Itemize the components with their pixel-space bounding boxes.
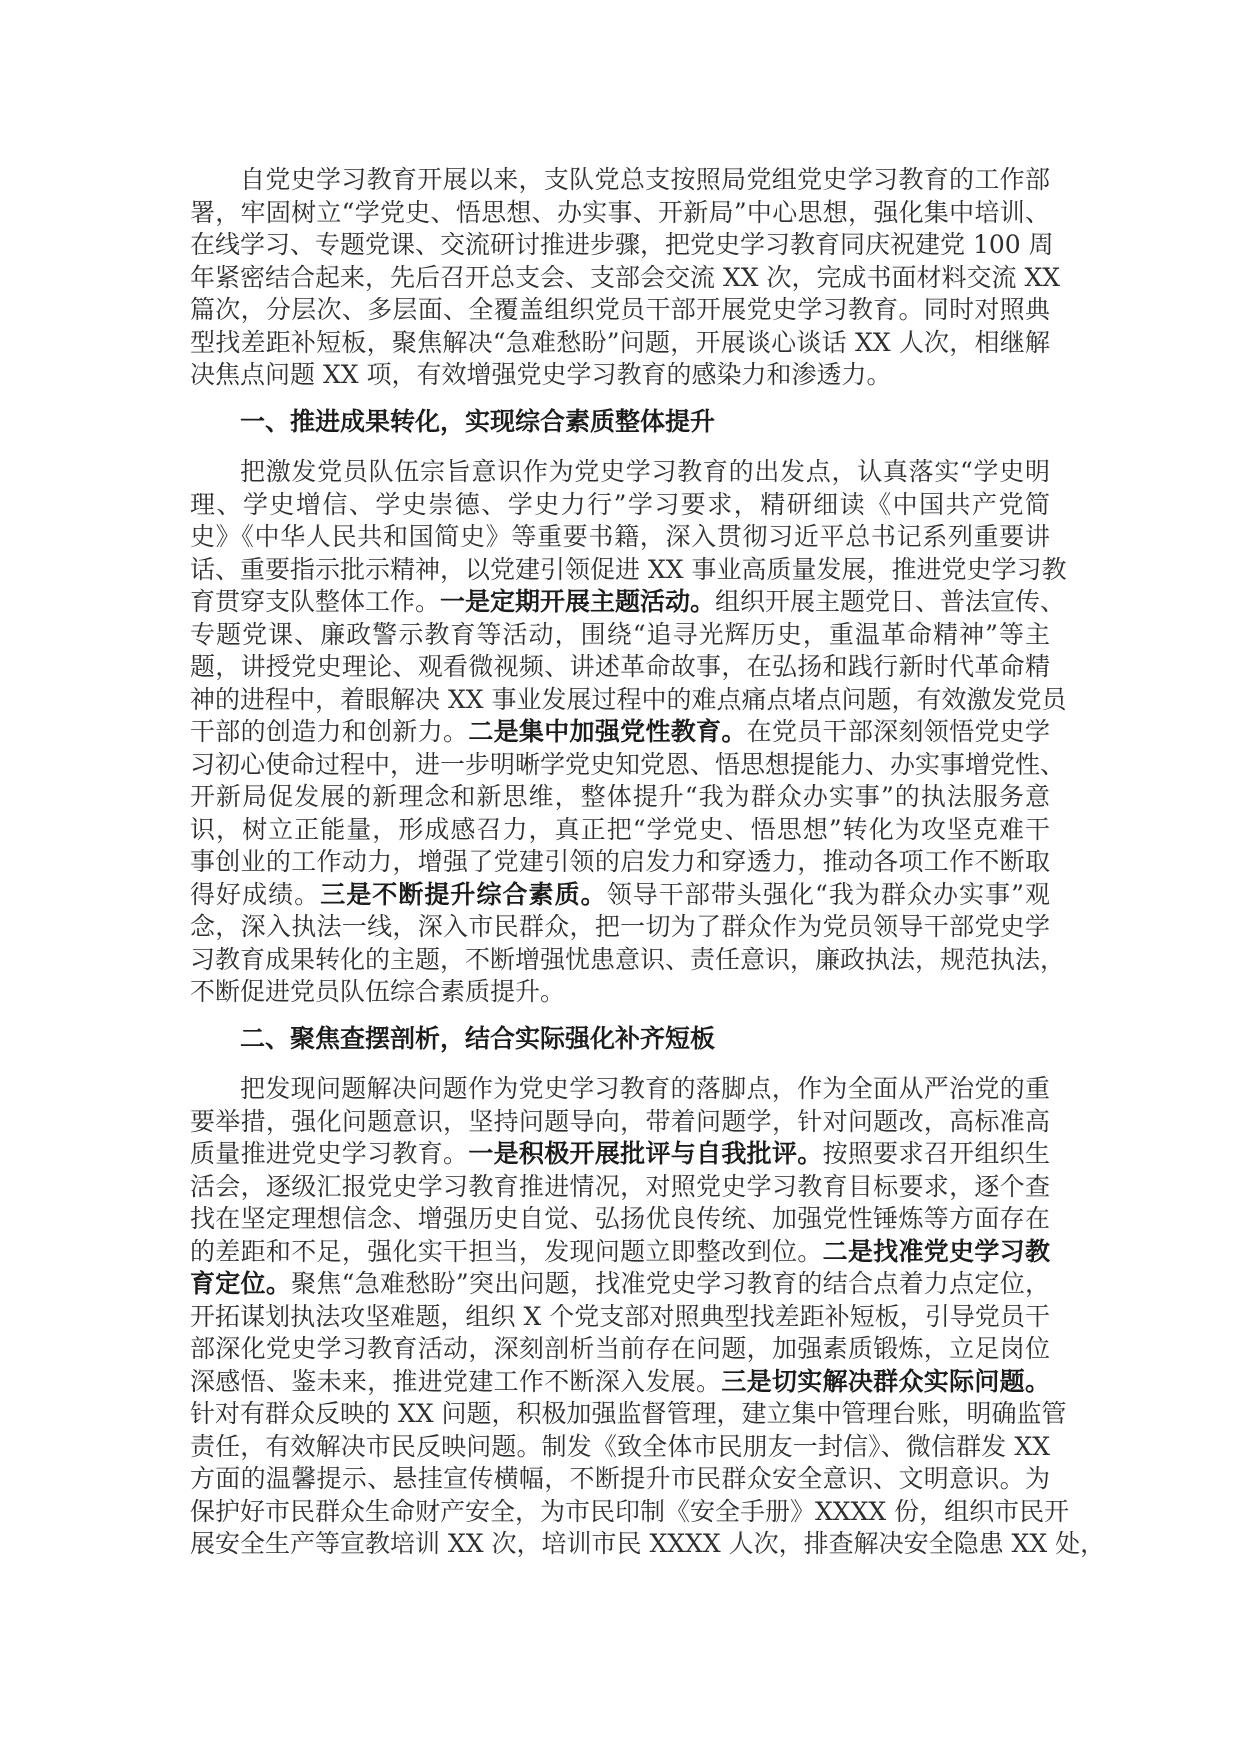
text-line: 展安全生产等宣教培训 XX 次，培训市民 XXXX 人次，排查解决安全隐患 XX… [190, 1528, 1050, 1561]
body-text: 神的进程中，着眼解决 XX 事业发展过程中的难点痛点堵点问题，有效激发党员 [190, 685, 1067, 714]
body-text: 把激发党员队伍宗旨意识作为党史学习教育的出发点，认真落实“学史明 [240, 457, 1050, 486]
text-line: 保护好市民群众生命财产安全，为市民印制《安全手册》XXXX 份，组织市民开 [190, 1496, 1050, 1529]
body-text: 自党史学习教育开展以来，支队党总支按照局党组党史学习教育的工作部 [240, 165, 1050, 194]
body-text: 针对有群众反映的 XX 问题，积极加强监督管理，建立集中管理台账，明确监管 [190, 1399, 1067, 1428]
body-text: 组织开展主题党日、普法宣传、 [715, 587, 1065, 616]
text-line: 型找差距补短板，聚焦解决“急难愁盼”问题，开展谈心谈话 XX 人次，相继解 [190, 327, 1050, 360]
body-text: 型找差距补短板，聚焦解决“急难愁盼”问题，开展谈心谈话 XX 人次，相继解 [190, 328, 1050, 357]
body-text: 决焦点问题 XX 项，有效增强党史学习教育的感染力和渗透力。 [190, 360, 892, 389]
body-text: 育贯穿支队整体工作。 [190, 587, 440, 616]
body-text: 按照要求召开组织生 [823, 1139, 1050, 1168]
text-line: 年紧密结合起来，先后召开总支会、支部会交流 XX 次，完成书面材料交流 XX [190, 262, 1050, 295]
body-text: 开拓谋划执法攻坚难题，组织 X 个党支部对照典型找差距补短板，引导党员干 [190, 1302, 1050, 1331]
bold-lead-phrase: 三是切实解决群众实际问题。 [721, 1367, 1050, 1396]
body-text: 不断促进党员队伍综合素质提升。 [190, 977, 565, 1006]
body-text: 习初心使命过程中，进一步明晰学党史知党恩、悟思想提能力、办实事增党性、 [190, 750, 1065, 779]
text-line: 责任，有效解决市民反映问题。制发《致全体市民朋友一封信》、微信群发 XX [190, 1431, 1050, 1464]
body-text: 干部的创造力和创新力。 [190, 717, 468, 746]
body-text: 方面的温馨提示、悬挂宣传横幅，不断提升市民群众安全意识、文明意识。为 [190, 1464, 1050, 1493]
body-text: 念，深入执法一线，深入市民群众，把一切为了群众作为党员领导干部党史学 [190, 912, 1050, 941]
body-text: 把发现问题解决问题作为党史学习教育的落脚点，作为全面从严治党的重 [240, 1074, 1050, 1103]
text-line: 找在坚定理想信念、增强历史自觉、弘扬优良传统、加强党性锤炼等方面存在 [190, 1203, 1050, 1236]
body-text: 要举措，强化问题意识，坚持问题导向，带着问题学，针对问题改，高标准高 [190, 1107, 1050, 1136]
text-line: 念，深入执法一线，深入市民群众，把一切为了群众作为党员领导干部党史学 [190, 911, 1050, 944]
body-text: 在党员干部深刻领悟党史学 [747, 717, 1050, 746]
body-text: 事创业的工作动力，增强了党建引领的启发力和穿透力，推动各项工作不断取 [190, 847, 1050, 876]
text-line: 干部的创造力和创新力。二是集中加强党性教育。在党员干部深刻领悟党史学 [190, 716, 1050, 749]
body-text: 习教育成果转化的主题，不断增强忧患意识、责任意识，廉政执法，规范执法， [190, 945, 1065, 974]
text-line: 决焦点问题 XX 项，有效增强党史学习教育的感染力和渗透力。 [190, 359, 1050, 392]
body-text: 聚焦“急难愁盼”突出问题，找准党史学习教育的结合点着力点定位， [291, 1269, 1050, 1298]
body-text: 理、学史增信、学史崇德、学史力行”学习要求，精研细读《中国共产党简 [190, 490, 1050, 519]
bold-lead-phrase: 一是定期开展主题活动。 [440, 587, 715, 616]
body-text: 篇次，分层次、多层面、全覆盖组织党员干部开展党史学习教育。同时对照典 [190, 295, 1050, 324]
body-text: 深感悟、鉴未来，推进党建工作不断深入发展。 [190, 1367, 721, 1396]
text-line: 史》《中华人民共和国简史》等重要书籍，深入贯彻习近平总书记系列重要讲 [190, 521, 1050, 554]
text-line: 专题党课、廉政警示教育等活动，围绕“追寻光辉历史，重温革命精神”等主 [190, 619, 1050, 652]
body-text: 的差距和不足，强化实干担当，发现问题立即整改到位。 [190, 1237, 823, 1266]
text-line: 把激发党员队伍宗旨意识作为党史学习教育的出发点，认真落实“学史明 [190, 456, 1050, 489]
text-line: 得好成绩。三是不断提升综合素质。领导干部带头强化“我为群众办实事”观 [190, 879, 1050, 912]
body-text: 在线学习、专题党课、交流研讨推进步骤，把党史学习教育同庆祝建党 100 周 [190, 230, 1054, 259]
text-line: 的差距和不足，强化实干担当，发现问题立即整改到位。二是找准党史学习教 [190, 1236, 1050, 1269]
text-line: 识，树立正能量，形成感召力，真正把“学党史、悟思想”转化为攻坚克难干 [190, 814, 1050, 847]
text-line: 把发现问题解决问题作为党史学习教育的落脚点，作为全面从严治党的重 [190, 1073, 1050, 1106]
text-line: 要举措，强化问题意识，坚持问题导向，带着问题学，针对问题改，高标准高 [190, 1106, 1050, 1139]
text-line: 话、重要指示批示精神，以党建引领促进 XX 事业高质量发展，推进党史学习教 [190, 554, 1050, 587]
body-text: 领导干部带头强化“我为群众办实事”观 [607, 880, 1050, 909]
bold-lead-phrase: 二是集中加强党性教育。 [468, 717, 746, 746]
text-line: 针对有群众反映的 XX 问题，积极加强监督管理，建立集中管理台账，明确监管 [190, 1398, 1050, 1431]
bold-lead-phrase: 育定位。 [190, 1269, 291, 1298]
text-line: 不断促进党员队伍综合素质提升。 [190, 976, 1050, 1009]
text-line: 部深化党史学习教育活动，深刻剖析当前存在问题，加强素质锻炼，立足岗位 [190, 1333, 1050, 1366]
text-line: 方面的温馨提示、悬挂宣传横幅，不断提升市民群众安全意识、文明意识。为 [190, 1463, 1050, 1496]
body-text: 找在坚定理想信念、增强历史自觉、弘扬优良传统、加强党性锤炼等方面存在 [190, 1204, 1050, 1233]
text-line: 质量推进党史学习教育。一是积极开展批评与自我批评。按照要求召开组织生 [190, 1138, 1050, 1171]
text-line: 深感悟、鉴未来，推进党建工作不断深入发展。三是切实解决群众实际问题。 [190, 1366, 1050, 1399]
body-paragraph: 把激发党员队伍宗旨意识作为党史学习教育的出发点，认真落实“学史明理、学史增信、学… [190, 456, 1050, 1009]
bold-lead-phrase: 三是不断提升综合素质。 [320, 880, 606, 909]
text-line: 自党史学习教育开展以来，支队党总支按照局党组党史学习教育的工作部 [190, 164, 1050, 197]
section-heading: 一、推进成果转化，实现综合素质整体提升 [190, 406, 1050, 439]
text-line: 篇次，分层次、多层面、全覆盖组织党员干部开展党史学习教育。同时对照典 [190, 294, 1050, 327]
text-line: 活会，逐级汇报党史学习教育推进情况，对照党史学习教育目标要求，逐个查 [190, 1171, 1050, 1204]
text-line: 在线学习、专题党课、交流研讨推进步骤，把党史学习教育同庆祝建党 100 周 [190, 229, 1050, 262]
body-text: 保护好市民群众生命财产安全，为市民印制《安全手册》XXXX 份，组织市民开 [190, 1497, 1069, 1526]
text-line: 习教育成果转化的主题，不断增强忧患意识、责任意识，廉政执法，规范执法， [190, 944, 1050, 977]
bold-lead-phrase: 二是找准党史学习教 [823, 1237, 1050, 1266]
body-text: 责任，有效解决市民反映问题。制发《致全体市民朋友一封信》、微信群发 XX [190, 1432, 1050, 1461]
body-text: 署，牢固树立“学党史、悟思想、办实事、开新局”中心思想，强化集中培训、 [190, 198, 1050, 227]
bold-lead-phrase: 一是积极开展批评与自我批评。 [468, 1139, 822, 1168]
text-line: 育贯穿支队整体工作。一是定期开展主题活动。组织开展主题党日、普法宣传、 [190, 586, 1050, 619]
text-line: 题，讲授党史理论、观看微视频、讲述革命故事，在弘扬和践行新时代革命精 [190, 651, 1050, 684]
text-line: 开新局促发展的新理念和新思维，整体提升“我为群众办实事”的执法服务意 [190, 781, 1050, 814]
text-line: 事创业的工作动力，增强了党建引领的启发力和穿透力，推动各项工作不断取 [190, 846, 1050, 879]
body-text: 活会，逐级汇报党史学习教育推进情况，对照党史学习教育目标要求，逐个查 [190, 1172, 1050, 1201]
body-text: 史》《中华人民共和国简史》等重要书籍，深入贯彻习近平总书记系列重要讲 [190, 522, 1050, 551]
body-text: 年紧密结合起来，先后召开总支会、支部会交流 XX 次，完成书面材料交流 XX [190, 263, 1060, 292]
text-line: 理、学史增信、学史崇德、学史力行”学习要求，精研细读《中国共产党简 [190, 489, 1050, 522]
body-text: 开新局促发展的新理念和新思维，整体提升“我为群众办实事”的执法服务意 [190, 782, 1050, 811]
section-heading: 二、聚焦查摆剖析，结合实际强化补齐短板 [190, 1023, 1050, 1056]
body-text: 话、重要指示批示精神，以党建引领促进 XX 事业高质量发展，推进党史学习教 [190, 555, 1067, 584]
text-line: 署，牢固树立“学党史、悟思想、办实事、开新局”中心思想，强化集中培训、 [190, 197, 1050, 230]
body-paragraph: 把发现问题解决问题作为党史学习教育的落脚点，作为全面从严治党的重要举措，强化问题… [190, 1073, 1050, 1561]
body-text: 得好成绩。 [190, 880, 320, 909]
body-text: 题，讲授党史理论、观看微视频、讲述革命故事，在弘扬和践行新时代革命精 [190, 652, 1050, 681]
body-text: 质量推进党史学习教育。 [190, 1139, 468, 1168]
document-page: 自党史学习教育开展以来，支队党总支按照局党组党史学习教育的工作部署，牢固树立“学… [190, 164, 1050, 1561]
body-text: 专题党课、廉政警示教育等活动，围绕“追寻光辉历史，重温革命精神”等主 [190, 620, 1050, 649]
body-text: 展安全生产等宣教培训 XX 次，培训市民 XXXX 人次，排查解决安全隐患 XX… [190, 1529, 1105, 1558]
text-line: 开拓谋划执法攻坚难题，组织 X 个党支部对照典型找差距补短板，引导党员干 [190, 1301, 1050, 1334]
body-text: 识，树立正能量，形成感召力，真正把“学党史、悟思想”转化为攻坚克难干 [190, 815, 1050, 844]
text-line: 育定位。聚焦“急难愁盼”突出问题，找准党史学习教育的结合点着力点定位， [190, 1268, 1050, 1301]
text-line: 神的进程中，着眼解决 XX 事业发展过程中的难点痛点堵点问题，有效激发党员 [190, 684, 1050, 717]
body-paragraph: 自党史学习教育开展以来，支队党总支按照局党组党史学习教育的工作部署，牢固树立“学… [190, 164, 1050, 392]
body-text: 部深化党史学习教育活动，深刻剖析当前存在问题，加强素质锻炼，立足岗位 [190, 1334, 1050, 1363]
text-line: 习初心使命过程中，进一步明晰学党史知党恩、悟思想提能力、办实事增党性、 [190, 749, 1050, 782]
